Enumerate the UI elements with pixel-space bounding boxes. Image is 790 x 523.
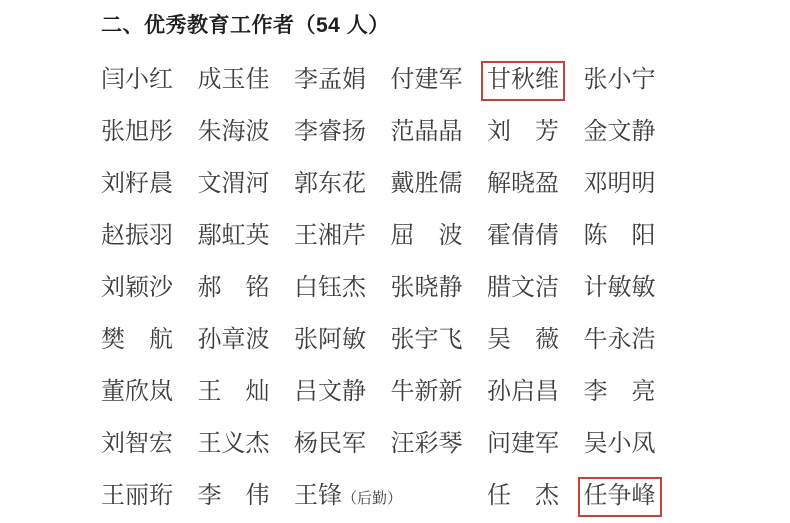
person-name: 王湘芹 (294, 223, 366, 251)
person-name: 张小宁 (584, 67, 656, 95)
person-name: 王锋 (294, 483, 342, 511)
person-name: 牛永浩 (584, 327, 656, 355)
person-name: 文渭河 (198, 171, 270, 199)
name-cell: 任争峰 (584, 477, 681, 523)
person-name: 张阿敏 (294, 327, 366, 355)
person-name: 张宇飞 (391, 327, 463, 355)
person-name: 吴 薇 (487, 327, 559, 355)
name-cell: 鄢虹英 (198, 217, 295, 269)
person-name: 王丽珩 (101, 483, 173, 511)
person-name: 李孟娟 (294, 67, 366, 95)
name-cell: 腊文洁 (487, 269, 584, 321)
person-name: 汪彩琴 (391, 431, 463, 459)
name-cell: 汪彩琴 (391, 425, 488, 477)
person-name: 董欣岚 (101, 379, 173, 407)
name-cell: 樊 航 (101, 321, 198, 373)
person-name: 李 伟 (198, 483, 270, 511)
person-name: 朱海波 (198, 119, 270, 147)
name-cell: 张阿敏 (294, 321, 391, 373)
name-cell: 王锋（后勤） (294, 477, 391, 523)
person-name: 刘颖沙 (101, 275, 173, 303)
name-cell: 张小宁 (584, 61, 681, 113)
name-cell: 甘秋维 (487, 61, 584, 113)
person-name: 王 灿 (198, 379, 270, 407)
person-name: 吴小凤 (584, 431, 656, 459)
person-name: 金文静 (584, 119, 656, 147)
highlighted-name: 任争峰 (584, 483, 656, 511)
name-cell: 董欣岚 (101, 373, 198, 425)
name-cell: 郝 铭 (198, 269, 295, 321)
person-name: 屈 波 (391, 223, 463, 251)
person-name: 任 杰 (487, 483, 559, 511)
name-cell: 李睿扬 (294, 113, 391, 165)
name-cell: 孙章波 (198, 321, 295, 373)
name-cell: 刘籽晨 (101, 165, 198, 217)
name-cell: 牛新新 (391, 373, 488, 425)
person-name: 戴胜儒 (391, 171, 463, 199)
person-name: 李睿扬 (294, 119, 366, 147)
highlighted-name: 甘秋维 (487, 67, 559, 95)
name-cell: 王义杰 (198, 425, 295, 477)
name-cell: 文渭河 (198, 165, 295, 217)
person-name: 付建军 (391, 67, 463, 95)
name-cell: 付建军 (391, 61, 488, 113)
name-cell: 白钰杰 (294, 269, 391, 321)
name-cell: 杨民军 (294, 425, 391, 477)
name-cell: 计敏敏 (584, 269, 681, 321)
name-cell: 成玉佳 (198, 61, 295, 113)
section-title: 二、优秀教育工作者（54 人） (101, 14, 790, 37)
name-cell: 吕文静 (294, 373, 391, 425)
name-cell: 霍倩倩 (487, 217, 584, 269)
name-cell: 李 伟 (198, 477, 295, 523)
person-name: 计敏敏 (584, 275, 656, 303)
name-cell: 王 灿 (198, 373, 295, 425)
name-cell: 任 杰 (487, 477, 584, 523)
person-name: 孙章波 (198, 327, 270, 355)
person-name: 邓明明 (584, 171, 656, 199)
person-name: 赵振羽 (101, 223, 173, 251)
person-name: 牛新新 (391, 379, 463, 407)
name-cell: 吴小凤 (584, 425, 681, 477)
person-name: 杨民军 (294, 431, 366, 459)
name-cell: 李孟娟 (294, 61, 391, 113)
person-name: 刘智宏 (101, 431, 173, 459)
person-name: 刘 芳 (487, 119, 559, 147)
name-cell: 赵振羽 (101, 217, 198, 269)
name-cell: 屈 波 (391, 217, 488, 269)
name-cell: 闫小红 (101, 61, 198, 113)
name-cell: 孙启昌 (487, 373, 584, 425)
name-cell: 李 亮 (584, 373, 681, 425)
name-cell: 张宇飞 (391, 321, 488, 373)
name-cell: 张晓静 (391, 269, 488, 321)
name-cell: 牛永浩 (584, 321, 681, 373)
name-cell: 范晶晶 (391, 113, 488, 165)
person-name: 白钰杰 (294, 275, 366, 303)
person-name: 陈 阳 (584, 223, 656, 251)
person-name: 樊 航 (101, 327, 173, 355)
name-cell: 刘 芳 (487, 113, 584, 165)
name-cell: 朱海波 (198, 113, 295, 165)
name-cell: 吴 薇 (487, 321, 584, 373)
person-name: 腊文洁 (487, 275, 559, 303)
name-cell: 张旭彤 (101, 113, 198, 165)
person-name: 张晓静 (391, 275, 463, 303)
person-name: 鄢虹英 (198, 223, 270, 251)
name-cell: 陈 阳 (584, 217, 681, 269)
name-cell: 王湘芹 (294, 217, 391, 269)
person-name: 刘籽晨 (101, 171, 173, 199)
person-name: 郝 铭 (198, 275, 270, 303)
name-cell: 刘智宏 (101, 425, 198, 477)
name-cell: 郭东花 (294, 165, 391, 217)
person-name: 王义杰 (198, 431, 270, 459)
name-cell: 戴胜儒 (391, 165, 488, 217)
person-name: 李 亮 (584, 379, 656, 407)
person-name: 吕文静 (294, 379, 366, 407)
name-cell: 问建军 (487, 425, 584, 477)
person-name: 闫小红 (101, 67, 173, 95)
name-cell (391, 477, 488, 523)
person-name: 郭东花 (294, 171, 366, 199)
name-cell: 金文静 (584, 113, 681, 165)
name-cell: 刘颖沙 (101, 269, 198, 321)
person-name: 问建军 (487, 431, 559, 459)
person-name: 范晶晶 (391, 119, 463, 147)
person-name: 霍倩倩 (487, 223, 559, 251)
person-name: 张旭彤 (101, 119, 173, 147)
person-name: 成玉佳 (198, 67, 270, 95)
recipient-name-grid: 闫小红成玉佳李孟娟付建军甘秋维张小宁张旭彤朱海波李睿扬范晶晶刘 芳金文静刘籽晨文… (101, 61, 790, 523)
name-cell: 解晓盈 (487, 165, 584, 217)
person-name: 解晓盈 (487, 171, 559, 199)
name-cell: 邓明明 (584, 165, 681, 217)
person-name: 孙启昌 (487, 379, 559, 407)
document-page: 二、优秀教育工作者（54 人） 闫小红成玉佳李孟娟付建军甘秋维张小宁张旭彤朱海波… (0, 0, 790, 523)
name-cell: 王丽珩 (101, 477, 198, 523)
